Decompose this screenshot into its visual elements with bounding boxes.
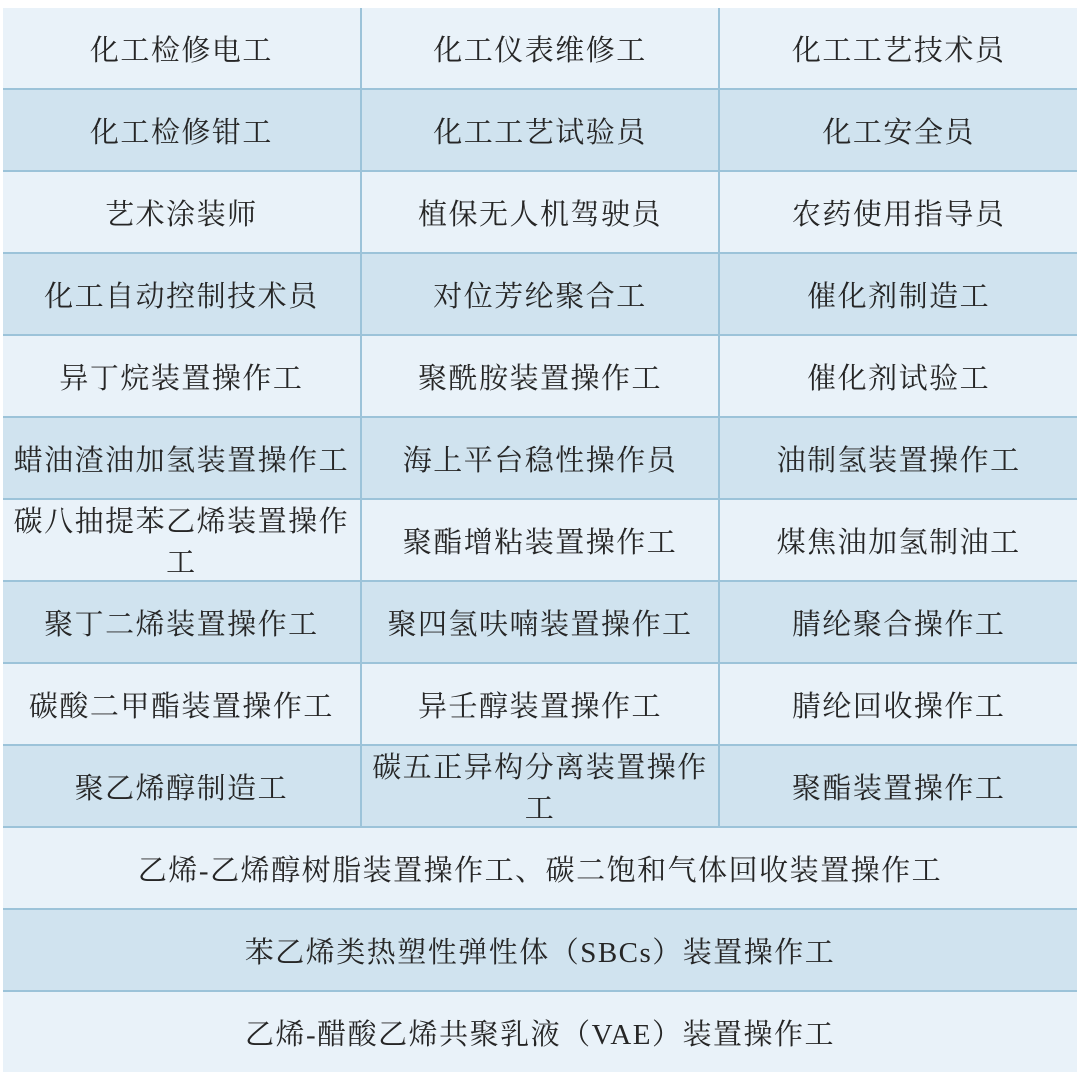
occupation-cell: 异壬醇装置操作工: [362, 664, 719, 744]
occupation-cell: 聚丁二烯装置操作工: [3, 582, 360, 662]
occupation-cell: 煤焦油加氢制油工: [720, 500, 1077, 580]
occupation-cell-full-width: 乙烯-乙烯醇树脂装置操作工、碳二饱和气体回收装置操作工: [3, 828, 1077, 908]
occupation-cell: 海上平台稳性操作员: [362, 418, 719, 498]
page: 化工检修电工化工仪表维修工化工工艺技术员化工检修钳工化工工艺试验员化工安全员艺术…: [0, 0, 1080, 1080]
occupation-cell: 腈纶回收操作工: [720, 664, 1077, 744]
occupation-cell: 油制氢装置操作工: [720, 418, 1077, 498]
occupation-cell: 对位芳纶聚合工: [362, 254, 719, 334]
occupation-cell: 化工工艺试验员: [362, 90, 719, 170]
occupation-cell: 碳八抽提苯乙烯装置操作工: [3, 500, 360, 580]
occupation-cell: 蜡油渣油加氢装置操作工: [3, 418, 360, 498]
occupation-cell: 化工工艺技术员: [720, 8, 1077, 88]
occupation-cell: 腈纶聚合操作工: [720, 582, 1077, 662]
occupation-cell: 碳酸二甲酯装置操作工: [3, 664, 360, 744]
occupation-cell: 聚乙烯醇制造工: [3, 746, 360, 826]
occupation-cell: 聚酯装置操作工: [720, 746, 1077, 826]
occupation-cell-full-width: 乙烯-醋酸乙烯共聚乳液（VAE）装置操作工: [3, 992, 1077, 1072]
occupation-cell: 艺术涂装师: [3, 172, 360, 252]
occupation-cell: 化工检修钳工: [3, 90, 360, 170]
occupation-table: 化工检修电工化工仪表维修工化工工艺技术员化工检修钳工化工工艺试验员化工安全员艺术…: [3, 8, 1077, 1072]
occupation-cell: 农药使用指导员: [720, 172, 1077, 252]
occupation-cell: 植保无人机驾驶员: [362, 172, 719, 252]
occupation-cell: 聚酯增粘装置操作工: [362, 500, 719, 580]
occupation-cell: 化工检修电工: [3, 8, 360, 88]
occupation-cell: 催化剂试验工: [720, 336, 1077, 416]
occupation-cell: 聚四氢呋喃装置操作工: [362, 582, 719, 662]
occupation-cell: 催化剂制造工: [720, 254, 1077, 334]
occupation-cell: 化工安全员: [720, 90, 1077, 170]
occupation-cell-full-width: 苯乙烯类热塑性弹性体（SBCs）装置操作工: [3, 910, 1077, 990]
occupation-cell: 异丁烷装置操作工: [3, 336, 360, 416]
occupation-cell: 碳五正异构分离装置操作工: [362, 746, 719, 826]
occupation-cell: 聚酰胺装置操作工: [362, 336, 719, 416]
occupation-cell: 化工仪表维修工: [362, 8, 719, 88]
occupation-cell: 化工自动控制技术员: [3, 254, 360, 334]
